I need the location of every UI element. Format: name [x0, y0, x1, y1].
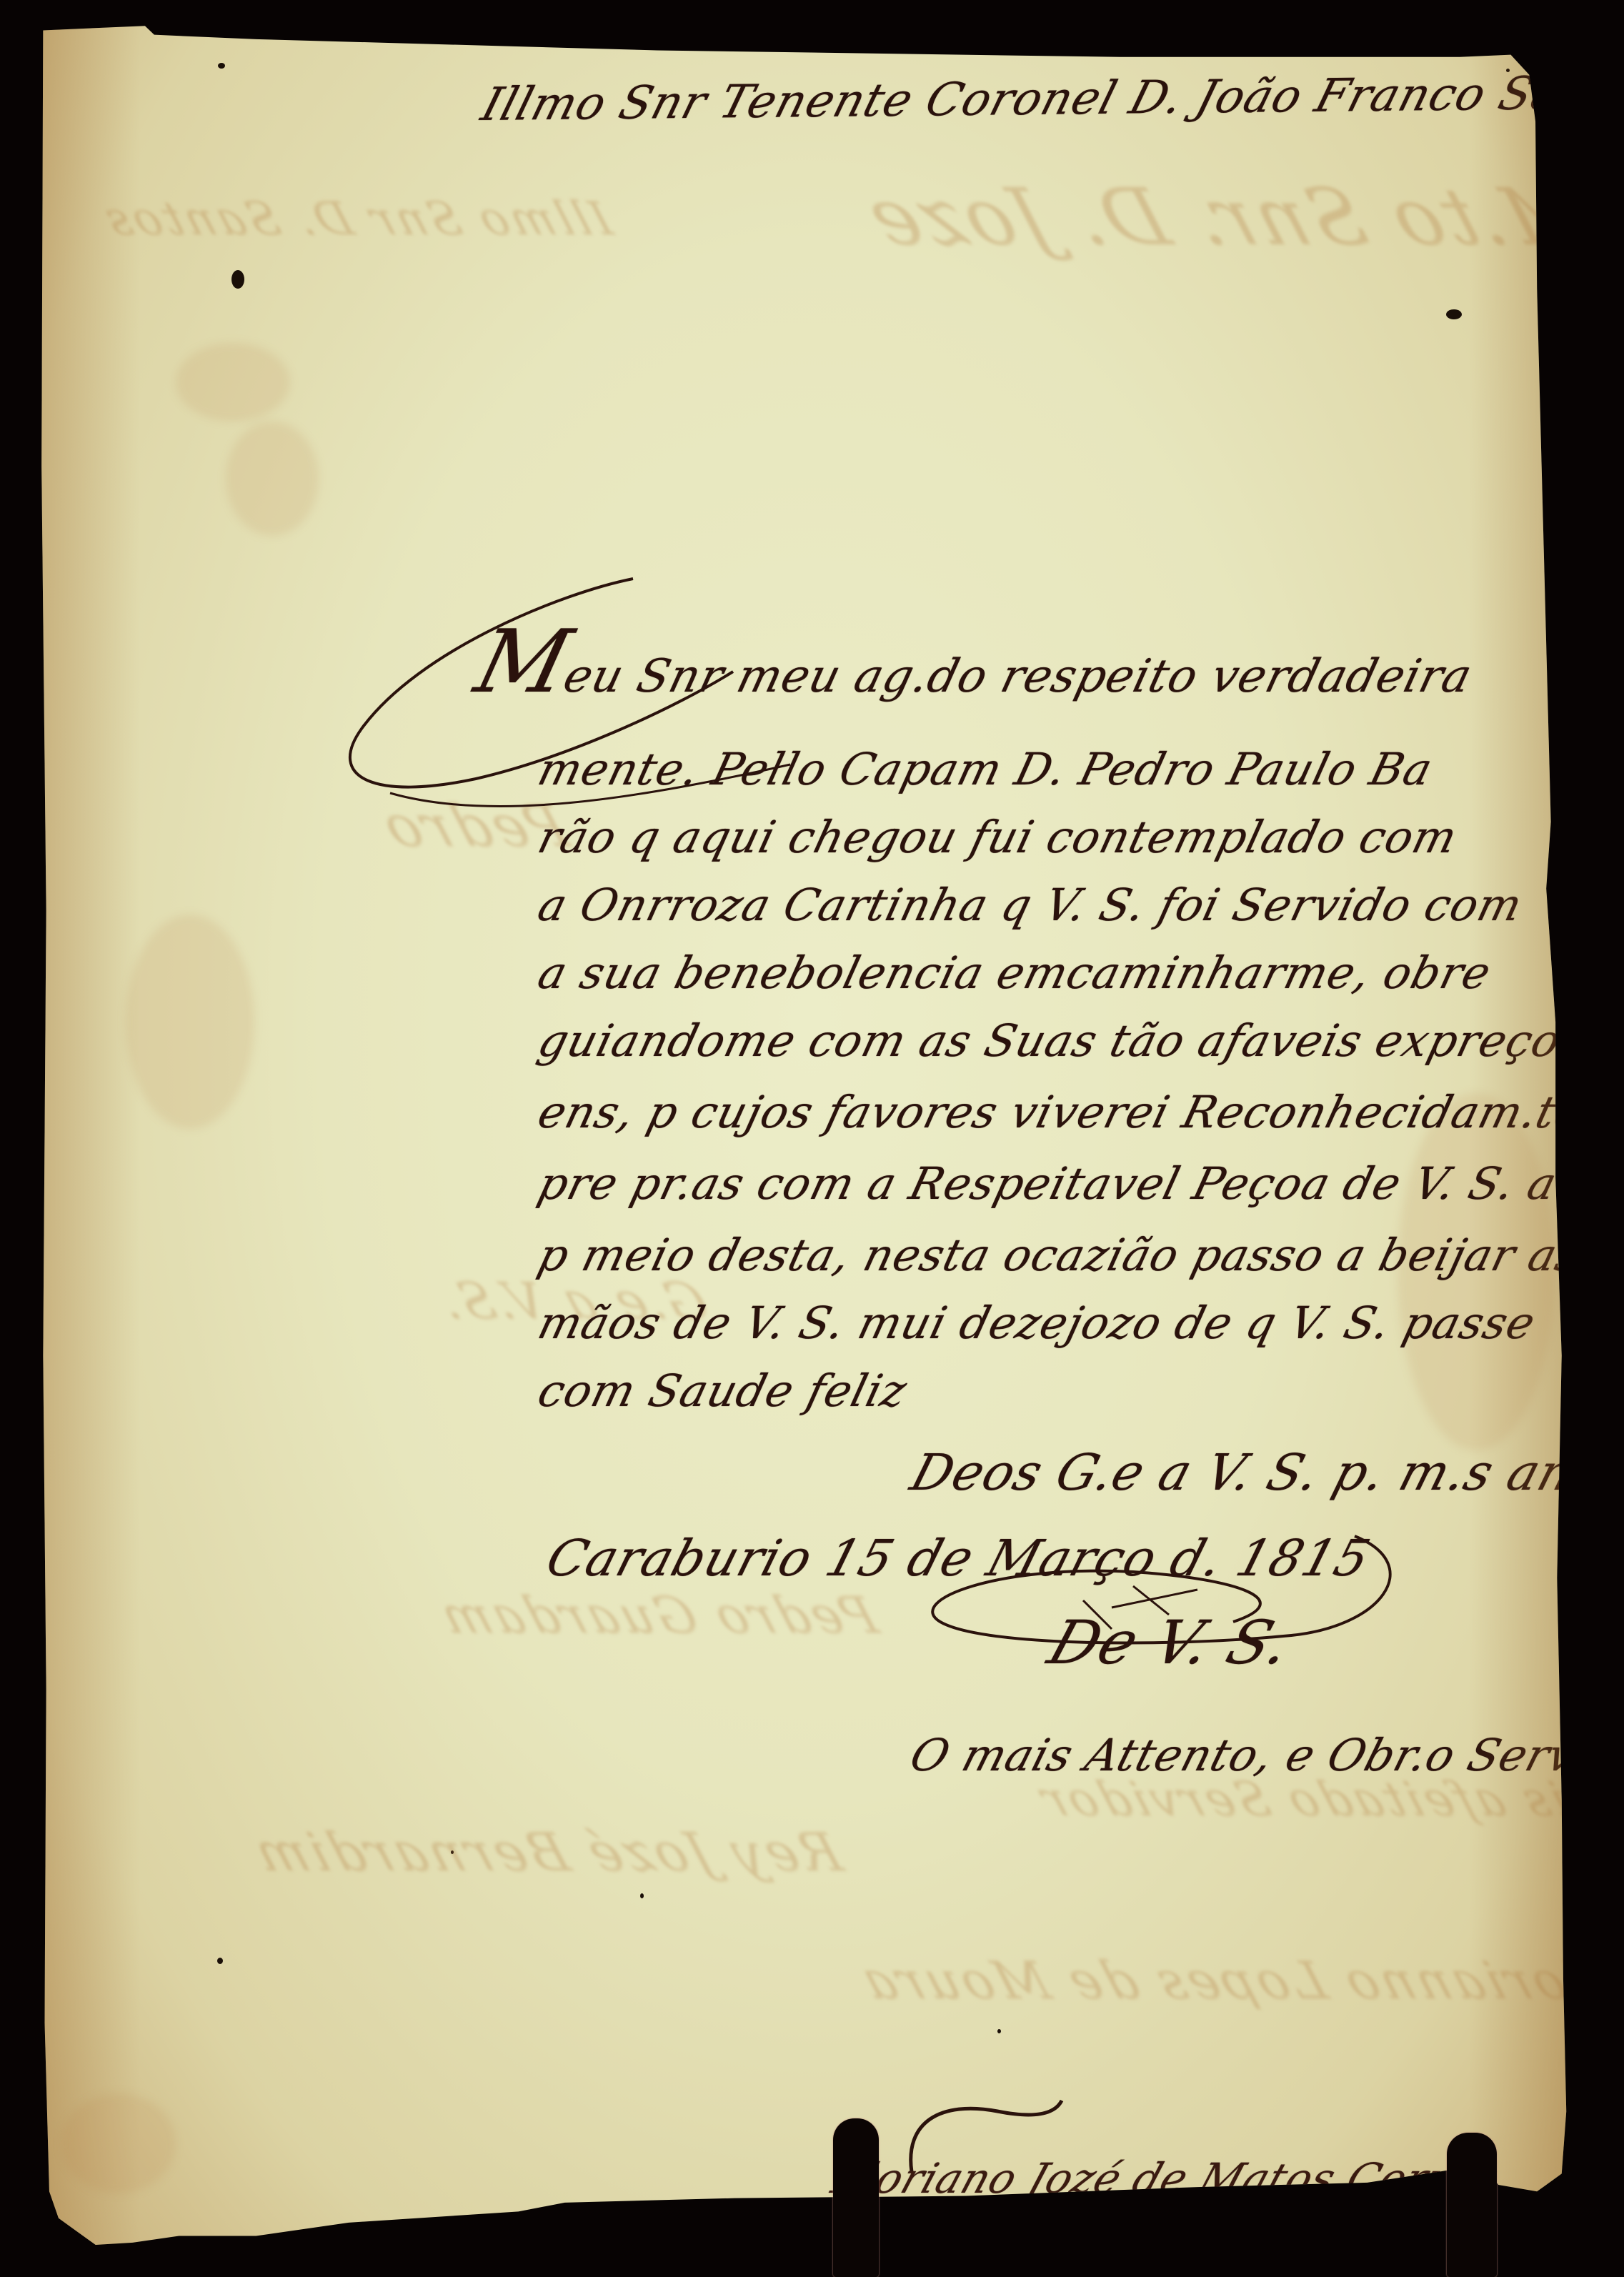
body-line: com Saude feliz: [533, 1365, 912, 1417]
bleed-through-text: Florianno Lopes de Moura: [852, 1950, 1624, 2011]
stain: [176, 343, 290, 422]
body-line: p meio desta, nesta ocazião passo a beij…: [533, 1229, 1586, 1281]
mounting-clip-right: [1447, 2133, 1497, 2277]
body-line: guiandome com as Suas tão afaveis expreç…: [533, 1015, 1566, 1067]
valediction: O mais Attento, e Obr.o Servidor: [905, 1729, 1624, 1781]
ink-speck: [640, 1893, 644, 1898]
mounting-clip-left: [833, 2118, 879, 2277]
ink-speck: [231, 270, 244, 289]
ink-speck: [1518, 31, 1523, 36]
stain: [226, 422, 319, 536]
body-line: ens, p cujos favores viverei Reconhecida…: [533, 1086, 1624, 1138]
stain: [61, 2093, 176, 2193]
body-line: rão q aqui chegou fui contemplado com: [533, 811, 1463, 863]
body-line: mente. Pello Capam D. Pedro Paulo Ba: [533, 743, 1438, 795]
ink-speck: [1446, 309, 1462, 319]
body-line: pre pr.as com a Respeitavel Peçoa de V. …: [533, 1157, 1624, 1210]
body-line: a Onrroza Cartinha q V. S. foi Servido c…: [533, 879, 1528, 931]
bleed-through-text: Pedro Guardam: [431, 1586, 885, 1645]
ink-speck: [997, 2029, 1001, 2033]
body-line: mãos de V. S. mui dezejozo de q V. S. pa…: [533, 1297, 1541, 1349]
body-line: a sua benebolencia emcaminharme, obre: [533, 947, 1496, 999]
bleed-through-text: Illmo Snr D. Santos: [96, 193, 619, 246]
stain: [126, 915, 254, 1129]
ink-speck: [218, 63, 225, 69]
salutation-text: eu Snr meu ag.do respeito verdadeira: [559, 650, 1478, 703]
closing-formula: Deos G.e a V. S. p. m.s annos: [905, 1443, 1624, 1502]
bleed-through-text: M.to Snr. D. Joze: [854, 171, 1602, 263]
signature: Floriano Jozé de Matos Corrêa: [826, 2154, 1506, 2203]
scan-background: Illmo Snr D. Santos M.to Snr. D. Joze Pe…: [0, 0, 1624, 2277]
bleed-through-text: Rey Jozé Bernardim: [244, 1822, 850, 1883]
salutation: Meu Snr meu ag.do respeito verdadeira: [469, 650, 1478, 703]
letter-sheet: Illmo Snr D. Santos M.to Snr. D. Joze Pe…: [40, 21, 1583, 2245]
ink-speck: [1506, 69, 1510, 72]
form-of-address: De V. S.: [1040, 1608, 1300, 1678]
ink-speck: [217, 1958, 223, 1964]
dateline: Caraburio 15 de Março d. 1815: [540, 1529, 1377, 1588]
address-line: Illmo Snr Tenente Coronel D. João Franco…: [476, 66, 1624, 131]
